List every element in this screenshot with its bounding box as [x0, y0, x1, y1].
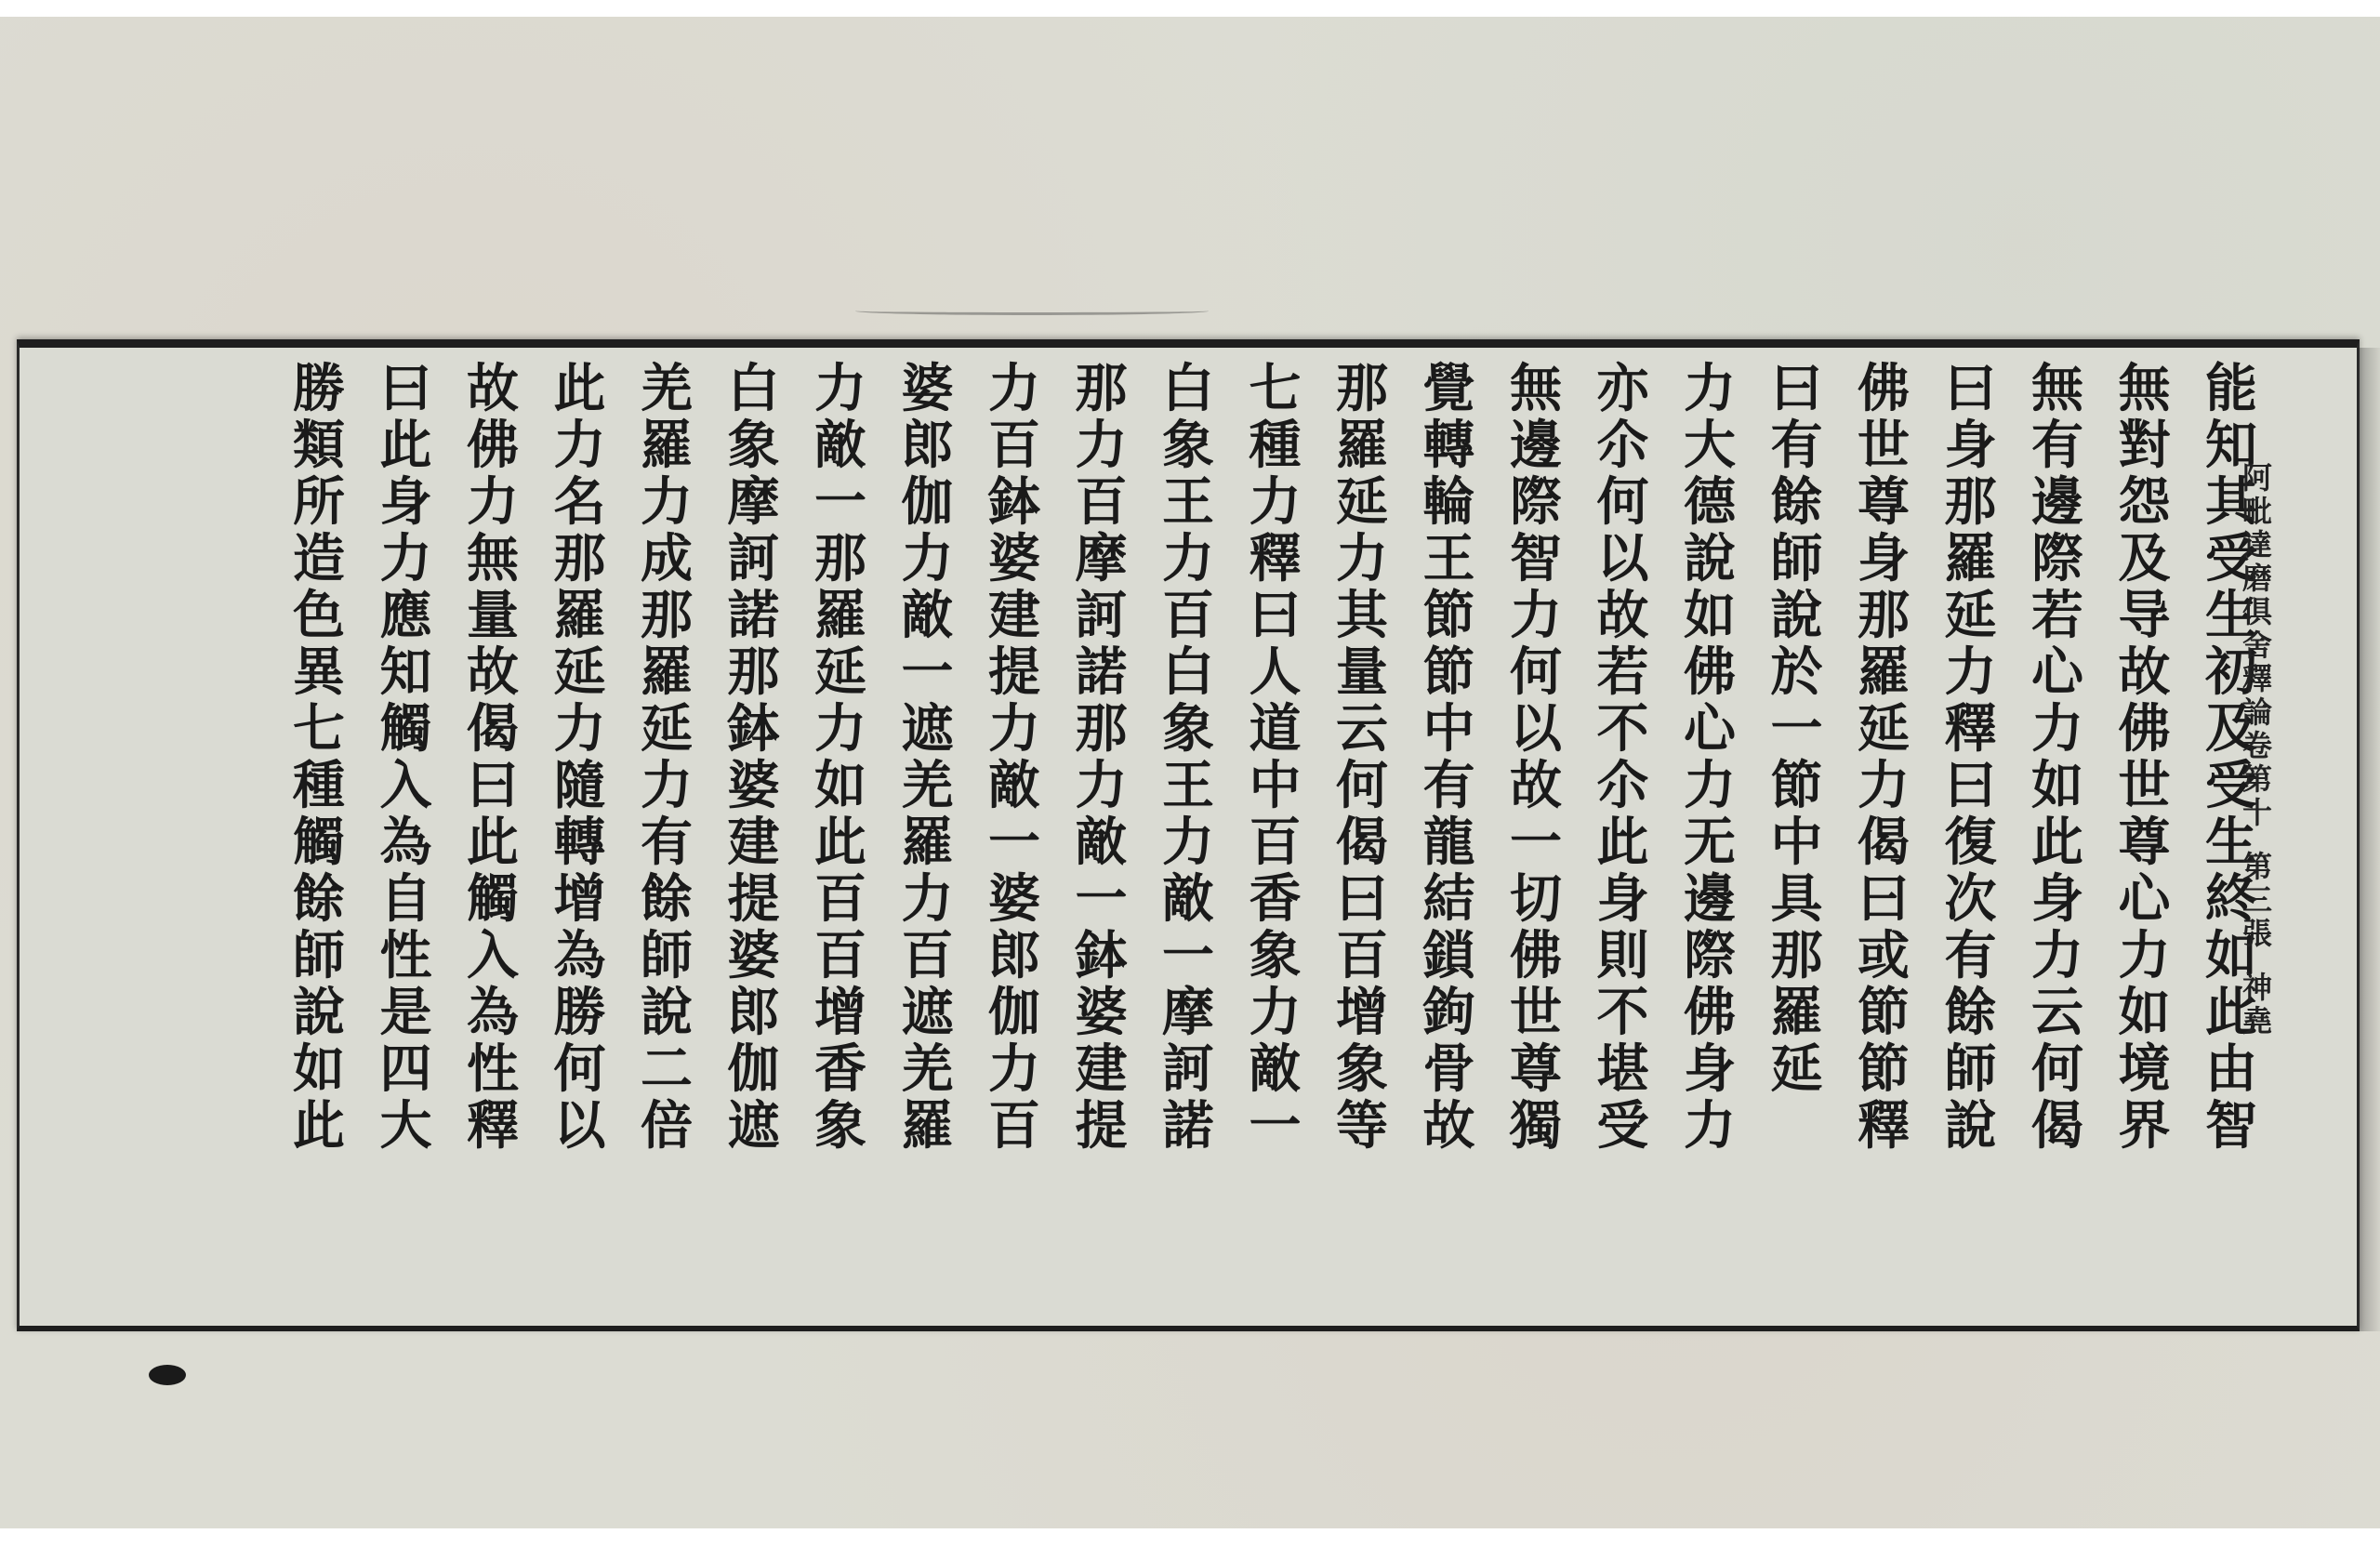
margin-title-glyph: 第: [2229, 762, 2285, 796]
glyph: 餘: [263, 871, 375, 928]
text-column: 勝類所造色異七種觸餘師說如此: [263, 361, 375, 1155]
glyph: 說: [263, 985, 375, 1041]
leaf-number-glyph: 第: [2229, 850, 2285, 883]
margin-title-column: 阿毗達磨俱舍釋論卷第十第三張神堯: [2229, 461, 2285, 1038]
carver-mark-glyph: 堯: [2229, 1004, 2285, 1038]
margin-title-glyph: 卷: [2229, 729, 2285, 762]
frame-edge-shadow: [2360, 348, 2380, 1331]
margin-title-glyph: 論: [2229, 695, 2285, 729]
margin-title-glyph: 毗: [2229, 495, 2285, 528]
glyph: 七: [263, 701, 375, 758]
leaf-number-glyph: 張: [2229, 917, 2285, 950]
glyph: 觸: [263, 814, 375, 871]
margin-title-glyph: 舍: [2229, 628, 2285, 662]
margin-title-glyph: 磨: [2229, 562, 2285, 595]
margin-title-glyph: 達: [2229, 528, 2285, 562]
glyph: 釋: [1828, 1098, 1939, 1155]
glyph: 所: [263, 474, 375, 531]
scanned-page: 能知其受生初及受生終如此由智無對怨及导故佛世尊心力如境界無有邊際若心力如此身力云…: [0, 17, 2380, 1528]
glyph: 勝: [263, 361, 375, 417]
stray-ink-stroke: [855, 307, 1209, 315]
margin-title-glyph: 釋: [2229, 662, 2285, 695]
glyph: 類: [263, 417, 375, 474]
margin-title-glyph: 阿: [2229, 461, 2285, 495]
carver-mark-glyph: 神: [2229, 971, 2285, 1004]
main-text-block: 能知其受生初及受生終如此由智無對怨及导故佛世尊心力如境界無有邊際若心力如此身力云…: [37, 361, 2306, 1328]
leaf-number-glyph: 三: [2229, 883, 2285, 917]
glyph: 異: [263, 644, 375, 701]
glyph: 種: [263, 758, 375, 814]
glyph: 造: [263, 531, 375, 588]
ink-blot: [149, 1365, 186, 1385]
glyph: 如: [263, 1041, 375, 1098]
margin-title-glyph: 十: [2229, 796, 2285, 829]
margin-title-glyph: 俱: [2229, 595, 2285, 628]
glyph: 色: [263, 588, 375, 644]
glyph: 此: [263, 1098, 375, 1155]
glyph: 師: [263, 928, 375, 985]
